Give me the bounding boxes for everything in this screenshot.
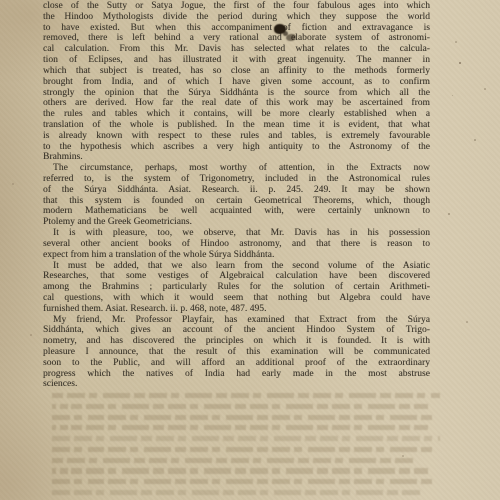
text-line: strongly the opinion that the Súrya Sidd… [43, 88, 430, 99]
text-line: Researches, that some vestiges of Algebr… [43, 271, 430, 282]
text-line: progress which the natives of India had … [43, 369, 430, 380]
text-line: soon to the Public, and will afford an a… [43, 358, 430, 369]
showthrough-line [52, 447, 436, 452]
text-line: Siddhánta, which gives an account of the… [43, 325, 430, 336]
showthrough-line [52, 468, 428, 473]
text-line: Ptolemy and the Greek Geometricians. [43, 217, 430, 228]
text-line: It must be added, that we also learn fro… [43, 261, 430, 272]
text-line: tion of Eclipses, and has illustrated it… [43, 55, 430, 66]
showthrough-line [52, 458, 413, 463]
text-line: modern Mathematicians be well acquainted… [43, 206, 430, 217]
text-line: among the Brahmins ; particularly Rules … [43, 282, 430, 293]
text-line: nometry, and has discovered the principl… [43, 336, 430, 347]
text-line: furnished them. Asiat. Research. ii. p. … [43, 304, 430, 315]
text-line: others are derived. How far the real dat… [43, 98, 430, 109]
showthrough-line [52, 415, 436, 420]
text-line: which that subject is treated, has so cl… [43, 66, 430, 77]
text-line: is already known with respect to these r… [43, 131, 430, 142]
ink-blot-smudge [286, 34, 296, 41]
text-line: It is with pleasure, too, we observe, th… [43, 228, 430, 239]
text-line: to have existed. But when this accompani… [43, 23, 430, 34]
text-line: close of the Sutty or Satya Jogue, the f… [43, 1, 430, 12]
page-text: close of the Sutty or Satya Jogue, the f… [43, 1, 430, 390]
text-line: Brahmins. [43, 152, 430, 163]
text-line: referred to, is the system of Trigonomet… [43, 174, 430, 185]
text-line: to the hypothesis which ascribes a very … [43, 142, 430, 153]
text-line: sciences. [43, 379, 430, 390]
text-line: pleasure I announce, that the result of … [43, 347, 430, 358]
page-showthrough [52, 393, 440, 500]
text-line: The circumstance, perhaps, most worthy o… [43, 163, 430, 174]
text-line: of the Súrya Siddhánta. Asiat. Research.… [43, 185, 430, 196]
text-line: translation of the whole is published. I… [43, 120, 430, 131]
text-line: the Hindoo Mythologists divide the perio… [43, 12, 430, 23]
showthrough-line [52, 425, 428, 430]
text-line: cal questions, with which it would seem … [43, 293, 430, 304]
text-line: My friend, Mr. Professor Playfair, has e… [43, 315, 430, 326]
text-line: that this system is founded on certain G… [43, 196, 430, 207]
showthrough-line [52, 404, 428, 409]
showthrough-line [52, 393, 440, 398]
text-line: several other ancient books of Hindoo as… [43, 239, 430, 250]
text-line: cal calculation. From this Mr. Davis has… [43, 44, 430, 55]
text-line: the rules and tables which it contains, … [43, 109, 430, 120]
text-line: brought from India, and of which I have … [43, 77, 430, 88]
text-line: removed, there is left behind a very rat… [43, 33, 430, 44]
showthrough-line [52, 479, 436, 484]
scanned-page: close of the Sutty or Satya Jogue, the f… [0, 0, 500, 500]
showthrough-line [52, 490, 424, 495]
showthrough-line [52, 436, 440, 441]
ink-blot-smudge [283, 31, 288, 36]
text-line: expect from him a translation of the who… [43, 250, 430, 261]
